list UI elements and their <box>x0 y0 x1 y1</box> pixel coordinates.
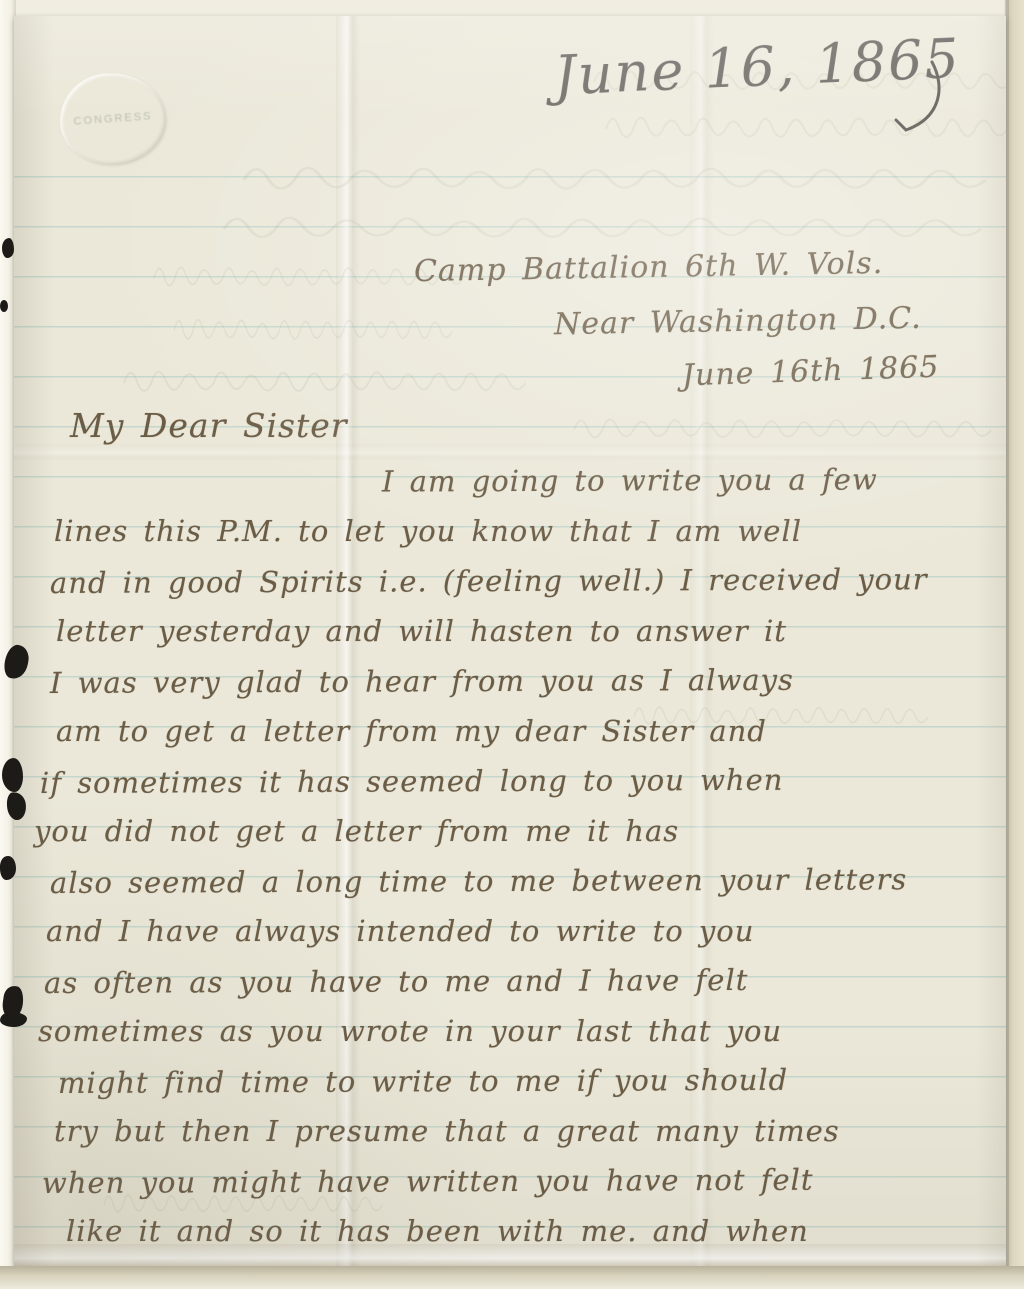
scanned-letter: CONGRESS June 16, 1865 Camp Battalion 6t… <box>0 0 1024 1289</box>
letter-page: CONGRESS June 16, 1865 Camp Battalion 6t… <box>14 16 1006 1268</box>
heading-camp-line: Camp Battalion 6th W. Vols. <box>414 246 884 289</box>
heading-place-line: Near Washington D.C. <box>554 301 922 342</box>
ink-blotch <box>2 758 23 792</box>
page-bottom-edge <box>0 1266 1024 1289</box>
embossed-stamp-text: CONGRESS <box>73 110 153 127</box>
body-line: might find time to write to me if you sh… <box>14 1054 1000 1108</box>
body-line: I was very glad to hear from you as I al… <box>14 654 1000 708</box>
pencil-checkmark-stroke <box>876 56 946 146</box>
body-line: also seemed a long time to me between yo… <box>14 854 1000 908</box>
salutation: My Dear Sister <box>70 406 348 445</box>
body-line: I am going to write you a few <box>14 454 1000 508</box>
ink-blotch <box>2 238 14 258</box>
letter-body: I am going to write you a few lines this… <box>14 456 1000 1256</box>
body-line: lines this P.M. to let you know that I a… <box>14 506 1000 556</box>
body-line: letter yesterday and will hasten to answ… <box>14 606 1000 656</box>
body-line: if sometimes it has seemed long to you w… <box>14 754 1000 808</box>
body-line: as often as you have to me and I have fe… <box>14 954 1000 1008</box>
body-line: like it and so it has been with me. and … <box>14 1206 1000 1256</box>
body-line: try but then I presume that a great many… <box>14 1106 1000 1156</box>
heading-date-line: June 16th 1865 <box>681 350 939 394</box>
underlying-page-right-sliver <box>1008 0 1024 1289</box>
body-line: you did not get a letter from me it has <box>14 806 1000 856</box>
body-line: when you might have written you have not… <box>14 1154 1000 1208</box>
body-line: sometimes as you wrote in your last that… <box>14 1006 1000 1056</box>
embossed-paper-stamp: CONGRESS <box>57 69 169 168</box>
body-line: am to get a letter from my dear Sister a… <box>14 706 1000 756</box>
ink-blotch <box>0 300 8 312</box>
body-line: and in good Spirits i.e. (feeling well.)… <box>14 554 1000 608</box>
body-line: and I have always intended to write to y… <box>14 906 1000 956</box>
